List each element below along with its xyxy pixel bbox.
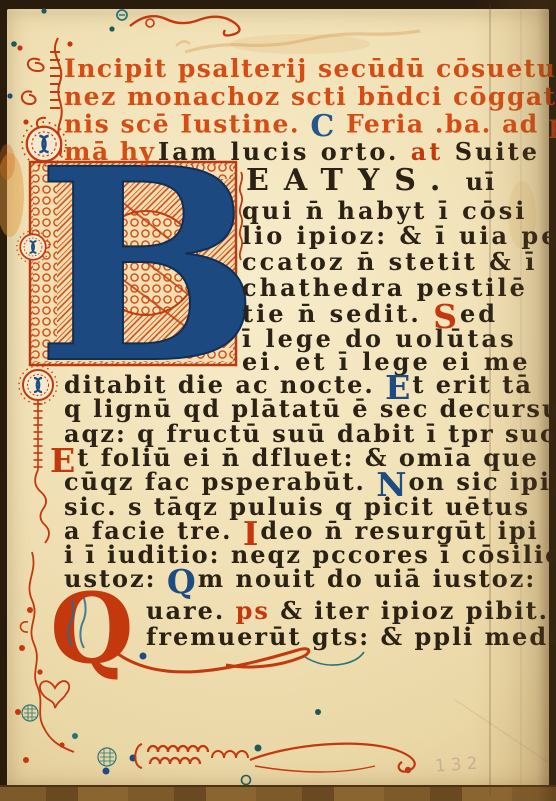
psalm-text-line: lio ipioz: & ī uia pe: [242, 221, 556, 250]
psalm-text: uare.: [146, 596, 236, 625]
hymn-text: Iam lucis orto.: [158, 137, 411, 166]
psalm-text: uī: [455, 167, 496, 196]
psalm-text: ustoz:: [64, 564, 167, 593]
rubric-text: Feria .ba. ad p: [336, 109, 556, 138]
psalm-text: lio ipioz: & ī uia pe: [242, 221, 556, 250]
hymn-incipit-line: Iam lucis orto. at Suite: [158, 137, 540, 166]
psalm-text: & iter ipioz pibit.: [270, 596, 549, 625]
psalm-text-line: fremuerūt gts: & ppli meditati: [146, 622, 556, 651]
rubric-line-2: nez monachoz scti bn̄dci cōggatio: [64, 82, 556, 111]
display-capitals: EATYS.: [246, 163, 455, 198]
antiphon-text: Suite: [455, 137, 540, 166]
rubric-line-4: mā hy: [64, 137, 156, 166]
rubric-text: mā hy: [64, 137, 156, 166]
psalm-text: m nouit do uiā iustoz:: [198, 564, 537, 593]
psalm-text-line: chathedra pestilē: [242, 273, 528, 302]
psalm-marker: ps: [236, 596, 270, 625]
psalm-text-line: uare. ps & iter ipioz pibit.: [146, 596, 549, 625]
folio-number-pencil: 132: [434, 753, 483, 776]
bottom-flourish: [135, 744, 415, 774]
rubric-line-1: Incipit psalterij secūdū cōsuetudi: [64, 54, 556, 83]
top-flourish: [41, 8, 239, 35]
psalm-text: ccatoz n̄ stetit & ī: [242, 247, 537, 276]
psalm-text: fremuerūt gts: & ppli meditati: [146, 622, 556, 651]
psalm-display-line: EATYS. uī: [246, 163, 496, 198]
psalm-text-line: ustoz: Qm nouit do uiā iustoz:: [64, 564, 536, 593]
rubric-text: nez monachoz scti bn̄dci cōggatio: [64, 82, 556, 111]
rubric-text: nis scē Iustine.: [64, 109, 310, 138]
manuscript-photo: B: [0, 0, 556, 801]
psalm-text: chathedra pestilē: [242, 273, 528, 302]
rubric-text: Incipit psalterij secūdū cōsuetudi: [64, 54, 556, 83]
psalm-text-line: ccatoz n̄ stetit & ī: [242, 247, 537, 276]
rubric-abbrev: at: [411, 137, 455, 166]
